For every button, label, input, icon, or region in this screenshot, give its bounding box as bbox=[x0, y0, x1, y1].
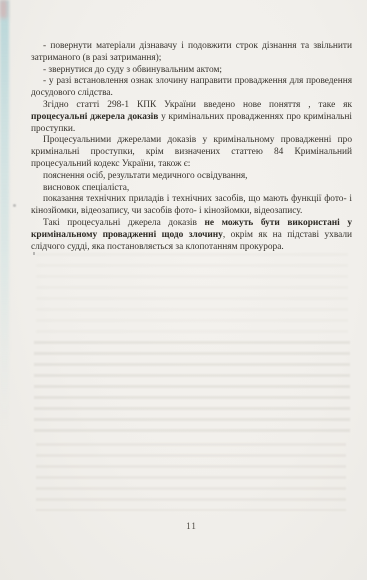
paragraph: - повернути матеріали дізнавачу і подовж… bbox=[31, 41, 352, 65]
paragraph: - у разі встановлення ознак злочину напр… bbox=[31, 76, 352, 100]
text-run: - у разі встановлення ознак злочину напр… bbox=[31, 76, 352, 98]
body-text: - повернути матеріали дізнавачу і подовж… bbox=[0, 41, 367, 253]
paragraph: - звернутися до суду з обвинувальним акт… bbox=[31, 65, 352, 77]
text-run: пояснення осіб, результати медичного осв… bbox=[43, 171, 248, 181]
paragraph: Такі процесуальні джерела доказів не мож… bbox=[31, 218, 352, 253]
paragraph: висновок спеціаліста, bbox=[31, 183, 352, 195]
bold-text-run: процесуальні джерела доказів bbox=[31, 112, 158, 122]
bleedthrough-area bbox=[36, 253, 348, 339]
text-run: - повернути матеріали дізнавачу і подовж… bbox=[31, 41, 352, 63]
text-run: Такі процесуальні джерела доказів bbox=[43, 218, 205, 228]
text-run: висновок спеціаліста, bbox=[43, 183, 129, 193]
paragraph: Процесуальними джерелами доказів у кримі… bbox=[31, 135, 352, 170]
paragraph: пояснення осіб, результати медичного осв… bbox=[31, 171, 352, 183]
scanned-book-page: - повернути матеріали дізнавачу і подовж… bbox=[0, 0, 367, 580]
text-run: Згідно статті 298-1 КПК України введено … bbox=[43, 100, 352, 110]
scanner-edge-artifact-top bbox=[0, 0, 7, 18]
paragraph: показання технічних приладів і технічних… bbox=[31, 194, 352, 218]
bleedthrough-area bbox=[36, 443, 346, 511]
text-run: Процесуальними джерелами доказів у кримі… bbox=[31, 135, 352, 169]
paragraph: Згідно статті 298-1 КПК України введено … bbox=[31, 100, 352, 135]
bleedthrough-area bbox=[34, 341, 350, 437]
text-run: - звернутися до суду з обвинувальним акт… bbox=[43, 65, 222, 75]
text-run: показання технічних приладів і технічних… bbox=[31, 194, 352, 216]
page-number: 11 bbox=[31, 521, 352, 531]
